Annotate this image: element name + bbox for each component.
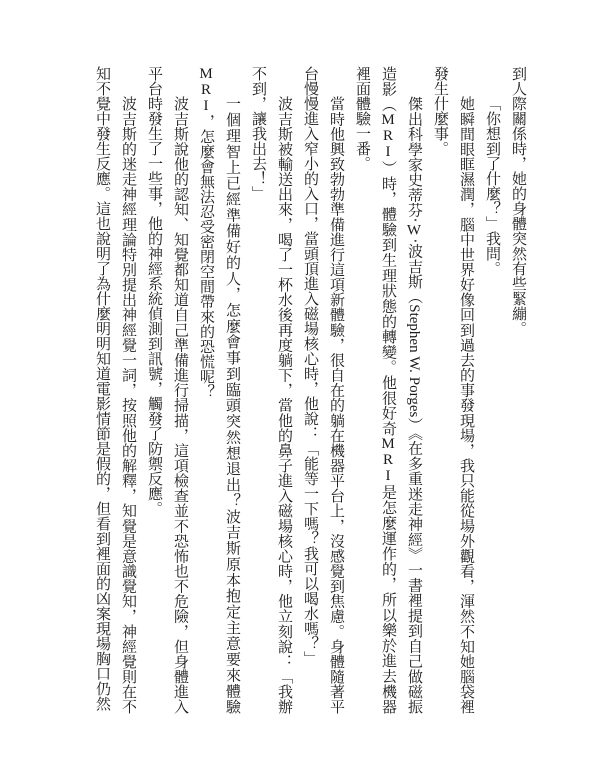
upright-latin-run: MRI [198,66,214,114]
text-run: ）時，體驗到生理狀態的轉變。他很好奇 [380,160,396,436]
text-run: 她瞬間眼眶濕潤，腦中世界好像回到過去的事發現場，我只能從場外觀看，渾然不知她腦袋… [432,66,474,714]
paragraph: 波吉斯被輸送出來，喝了一杯水後再度躺下，當他的鼻子進入磁場核心時，他立刻說：「我… [245,66,297,714]
text-run: 一個理智上已經準備好的人，怎麼會事到臨頭突然想退出？波吉斯原本抱定主意要來體驗 [224,96,240,714]
paragraph: 波吉斯的迷走神經理論特別提出神經覺一詞，按照他的解釋，知覺是意識覺知，神經覺則在… [89,66,141,714]
upright-latin-run: MRI [380,436,396,484]
paragraph: 她瞬間眼眶濕潤，腦中世界好像回到過去的事發現場，我只能從場外觀看，渾然不知她腦袋… [427,66,479,714]
text-run: 波吉斯說他的認知、知覺都知道自己準備進行掃描，這項檢查並不恐怖也不危險，但身體進… [146,66,188,714]
paragraph: 「你想到了什麼？」我問。 [479,66,505,714]
upright-latin-run: MRI [380,112,396,160]
upright-latin-run: W [406,222,422,238]
text-run: 當時他興致勃勃準備進行這項新體驗，很自在的躺在機器平台上，沒感覺到焦慮。身體隨著… [302,66,344,714]
paragraph: 傑出科學家史蒂芬‧W‧波吉斯（Stephen W. Porges）《在多重迷走神… [349,66,427,714]
paragraph: 一個理智上已經準備好的人，怎麼會事到臨頭突然想退出？波吉斯原本抱定主意要來體驗M… [193,66,245,714]
text-run: ‧波吉斯（ [406,238,422,304]
text-run: 波吉斯的迷走神經理論特別提出神經覺一詞，按照他的解釋，知覺是意識覺知，神經覺則在… [94,66,136,714]
text-run: 傑出科學家史蒂芬‧ [406,96,422,222]
text-run: 到人際關係時，她的身體突然有些緊繃。 [510,66,526,336]
text-run: ，怎麼會無法忍受密閉空間帶來的恐慌呢？ [198,114,214,399]
sideways-latin-run: Stephen W. Porges [406,304,422,417]
book-page: 到人際關係時，她的身體突然有些緊繃。「你想到了什麼？」我問。她瞬間眼眶濕潤，腦中… [0,0,600,768]
paragraph: 到人際關係時，她的身體突然有些緊繃。 [505,66,531,714]
text-run: 「你想到了什麼？」我問。 [484,96,500,276]
vertical-text-block: 到人際關係時，她的身體突然有些緊繃。「你想到了什麼？」我問。她瞬間眼眶濕潤，腦中… [89,66,531,714]
paragraph: 當時他興致勃勃準備進行這項新體驗，很自在的躺在機器平台上，沒感覺到焦慮。身體隨著… [297,66,349,714]
paragraph: 波吉斯說他的認知、知覺都知道自己準備進行掃描，這項檢查並不恐怖也不危險，但身體進… [141,66,193,714]
text-run: 波吉斯被輸送出來，喝了一杯水後再度躺下，當他的鼻子進入磁場核心時，他立刻說：「我… [250,66,292,714]
